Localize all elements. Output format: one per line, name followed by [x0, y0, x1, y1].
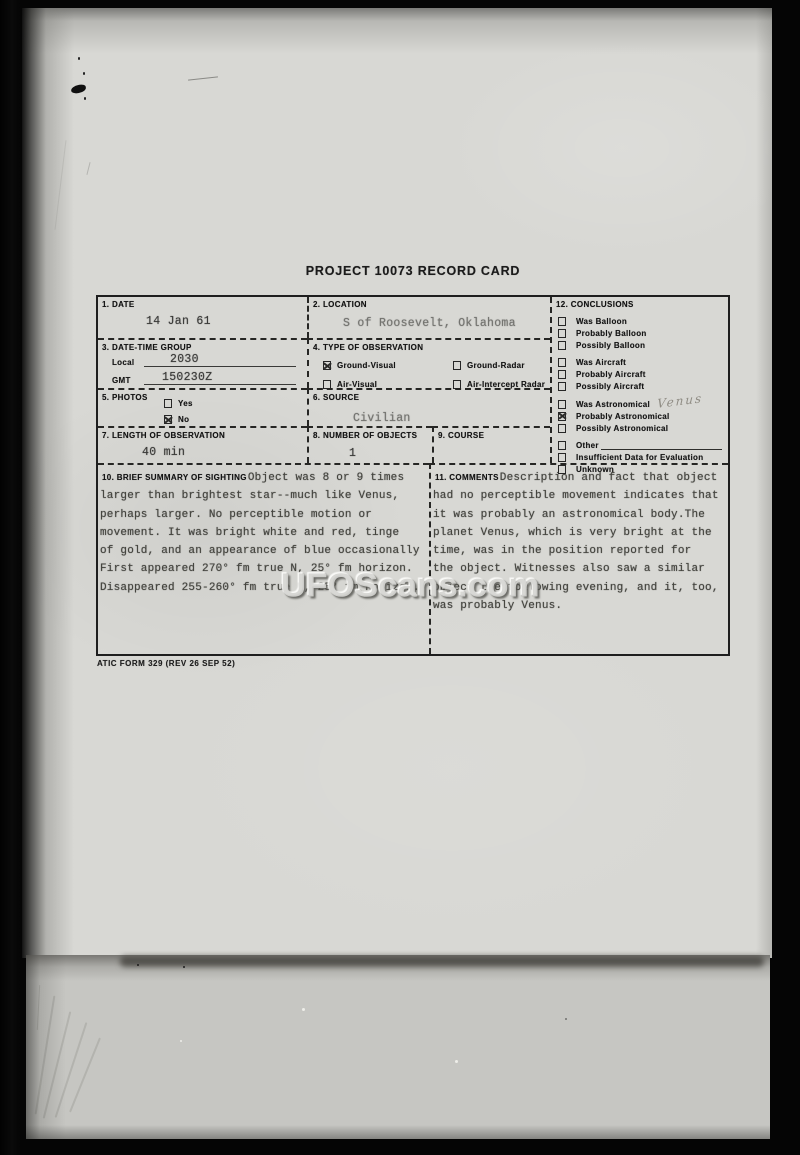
conclusion-option: Other: [558, 441, 724, 452]
field-summary-label: 10. BRIEF SUMMARY OF SIGHTING: [100, 473, 248, 482]
checkbox-empty-icon: [558, 424, 566, 433]
obs-option-label: Ground-Visual: [337, 361, 396, 370]
field-location-value: S of Roosevelt, Oklahoma: [343, 317, 516, 330]
conclusion-option: Possibly Astronomical: [558, 423, 724, 434]
dtg-local-row: Local 2030: [112, 354, 296, 367]
dtg-gmt-line: 150230Z: [144, 372, 296, 385]
conclusion-option-label: Probably Balloon: [576, 329, 647, 338]
conclusion-option: Was Aircraft: [558, 358, 724, 369]
conclusion-option-label: Probably Astronomical: [576, 412, 670, 421]
checkbox-empty-icon: [164, 399, 172, 408]
ink-speck: [83, 72, 85, 75]
ink-speck: [565, 1018, 567, 1020]
conclusion-option: Was Balloon: [558, 316, 724, 327]
conclusion-option-label: Was Balloon: [576, 317, 627, 326]
conclusion-option: Probably Aircraft: [558, 370, 724, 381]
dust-speck: [180, 1040, 182, 1042]
field-type-obs-label: 4. TYPE OF OBSERVATION: [309, 340, 550, 353]
conclusion-option-label: Was Astronomical: [576, 400, 650, 409]
field-date-value: 14 Jan 61: [146, 315, 211, 328]
checkbox-checked-icon: [164, 415, 172, 424]
handwritten-annotation: Venus: [657, 391, 704, 411]
conclusion-option: Was AstronomicalVenus: [558, 399, 724, 410]
field-numobj-label: 8. NUMBER OF OBJECTS: [309, 428, 432, 441]
conclusion-option: Possibly Balloon: [558, 340, 724, 351]
ink-speck: [137, 964, 139, 966]
field-course-label: 9. COURSE: [434, 428, 550, 441]
conclusions-group: Was BalloonProbably BalloonPossibly Ball…: [558, 316, 724, 351]
checkbox-empty-icon: [558, 400, 566, 409]
dtg-gmt-row: GMT 150230Z: [112, 372, 296, 385]
conclusions-group: Was AircraftProbably AircraftPossibly Ai…: [558, 358, 724, 393]
checkbox-empty-icon: [558, 370, 566, 379]
dtg-local-value: 2030: [170, 353, 199, 366]
field-photos: 5. PHOTOS YesNo: [98, 388, 307, 426]
field-conclusions-label: 12. CONCLUSIONS: [552, 297, 728, 310]
checkbox-checked-icon: [323, 361, 331, 370]
conclusion-option-label: Was Aircraft: [576, 358, 626, 367]
type-obs-options: Ground-VisualGround-RadarAir-VisualAir-I…: [323, 361, 545, 389]
photos-option-label: Yes: [178, 399, 193, 408]
ink-speck: [78, 57, 80, 60]
ink-speck: [183, 966, 185, 968]
conclusion-option-label: Possibly Aircraft: [576, 382, 644, 391]
checkbox-empty-icon: [558, 341, 566, 350]
field-type-of-observation: 4. TYPE OF OBSERVATION Ground-VisualGrou…: [307, 338, 550, 388]
conclusions-group: Was AstronomicalVenusProbably Astronomic…: [558, 399, 724, 434]
conclusion-option: Insufficient Data for Evaluation: [558, 453, 724, 464]
field-date: 1. DATE 14 Jan 61: [98, 297, 307, 338]
document-title: PROJECT 10073 RECORD CARD: [96, 264, 730, 278]
checkbox-empty-icon: [558, 329, 566, 338]
field-dtg-label: 3. DATE-TIME GROUP: [98, 340, 307, 353]
field-source-label: 6. SOURCE: [309, 390, 550, 403]
checkbox-empty-icon: [558, 358, 566, 367]
underlying-page: [26, 955, 770, 1139]
field-length-label: 7. LENGTH OF OBSERVATION: [98, 428, 307, 441]
field-comments: 11. COMMENTSDescription and fact that ob…: [429, 463, 728, 654]
field-source: 6. SOURCE Civilian: [307, 388, 550, 426]
dtg-gmt-value: 150230Z: [162, 371, 212, 384]
dtg-gmt-label: GMT: [112, 376, 144, 385]
photos-options: YesNo: [164, 399, 193, 424]
photos-option-label: No: [178, 415, 189, 424]
conclusions-checklist: Was BalloonProbably BalloonPossibly Ball…: [558, 316, 724, 475]
field-length-value: 40 min: [142, 446, 185, 459]
obs-option: Ground-Radar: [453, 361, 545, 370]
dtg-local-label: Local: [112, 358, 144, 367]
ink-speck: [84, 97, 86, 100]
checkbox-empty-icon: [558, 441, 566, 450]
obs-option: Ground-Visual: [323, 361, 445, 370]
field-source-value: Civilian: [353, 412, 411, 425]
conclusion-option: Possibly Aircraft: [558, 382, 724, 393]
field-location-label: 2. LOCATION: [309, 297, 550, 310]
conclusion-option-label: Probably Aircraft: [576, 370, 646, 379]
conclusion-option-label: Possibly Balloon: [576, 341, 645, 350]
field-comments-label: 11. COMMENTS: [433, 473, 500, 482]
conclusion-option-label: Other: [576, 441, 599, 450]
obs-option-label: Ground-Radar: [467, 361, 525, 370]
checkbox-empty-icon: [453, 361, 461, 370]
field-date-label: 1. DATE: [98, 297, 307, 310]
page-edge-shadow: [120, 956, 764, 967]
field-length-of-observation: 7. LENGTH OF OBSERVATION 40 min: [98, 426, 307, 463]
field-course: 9. COURSE: [432, 426, 550, 463]
conclusion-option-label: Insufficient Data for Evaluation: [576, 453, 703, 462]
field-date-time-group: 3. DATE-TIME GROUP Local 2030 GMT 150230…: [98, 338, 307, 388]
field-numobj-value: 1: [349, 447, 356, 460]
checkbox-checked-icon: [558, 412, 566, 421]
field-conclusions: 12. CONCLUSIONS Was BalloonProbably Ball…: [550, 297, 728, 463]
dtg-local-line: 2030: [144, 354, 296, 367]
conclusion-option: Probably Astronomical: [558, 411, 724, 422]
checkbox-empty-icon: [558, 453, 566, 462]
dust-speck: [455, 1060, 458, 1063]
field-location: 2. LOCATION S of Roosevelt, Oklahoma: [307, 297, 550, 338]
field-photos-label: 5. PHOTOS: [98, 390, 307, 403]
form-number-footer: ATIC FORM 329 (REV 26 SEP 52): [97, 659, 235, 668]
photos-option: No: [164, 415, 193, 424]
field-brief-summary: 10. BRIEF SUMMARY OF SIGHTINGObject was …: [98, 463, 429, 654]
dust-speck: [302, 1008, 305, 1011]
photos-option: Yes: [164, 399, 193, 408]
checkbox-empty-icon: [558, 382, 566, 391]
checkbox-empty-icon: [558, 317, 566, 326]
watermark: UFOScans.com: [281, 567, 540, 605]
scan-background: PROJECT 10073 RECORD CARD 1. DATE 14 Jan…: [0, 0, 800, 1155]
conclusion-option: Probably Balloon: [558, 328, 724, 339]
fill-in-line: [601, 441, 722, 450]
field-number-of-objects: 8. NUMBER OF OBJECTS 1: [307, 426, 432, 463]
conclusion-option-label: Possibly Astronomical: [576, 424, 668, 433]
